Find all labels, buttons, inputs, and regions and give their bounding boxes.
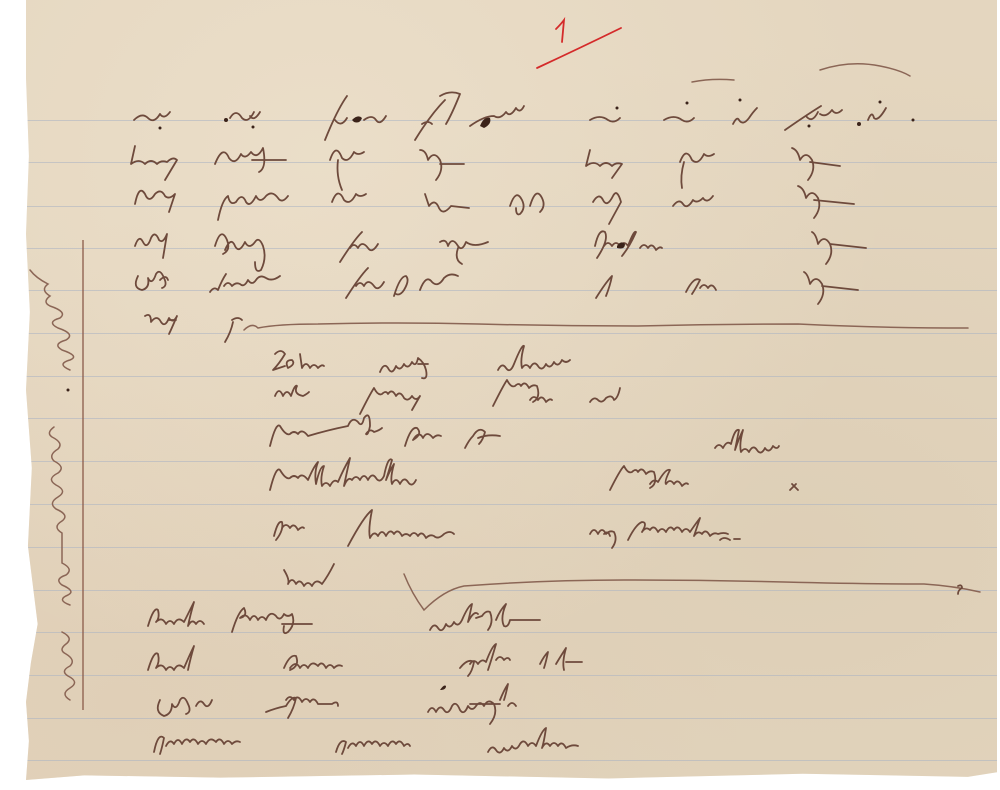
handwritten-line: [shorthand line 1] bbox=[0, 0, 1, 1]
page-number: 1 bbox=[0, 0, 1, 1]
ruled-line bbox=[26, 333, 997, 334]
ruled-line bbox=[26, 461, 997, 462]
margin-note: [illegible vertical shorthand annotation… bbox=[0, 0, 1, 1]
ruled-line bbox=[26, 206, 997, 207]
verse-block: [shorthand verse line 1] [shorthand vers… bbox=[0, 0, 1, 1]
ruled-line bbox=[26, 418, 997, 419]
ruled-line bbox=[26, 547, 997, 548]
ruled-line bbox=[26, 376, 997, 377]
ruled-line bbox=[26, 590, 997, 591]
ruled-line bbox=[26, 120, 997, 121]
margin-rule bbox=[82, 240, 84, 710]
top-table: [shorthand symbols row 1] [shorthand row… bbox=[0, 0, 1, 1]
handwritten-line: [shorthand verse line 1] bbox=[0, 0, 1, 1]
bottom-block: [shorthand line 1] [shorthand line 2] [s… bbox=[0, 0, 1, 1]
ruled-line bbox=[26, 162, 997, 163]
handwritten-line: [shorthand symbols row 1] bbox=[0, 0, 1, 1]
ruled-line bbox=[26, 760, 997, 761]
ruled-line bbox=[26, 290, 997, 291]
ruled-line bbox=[26, 632, 997, 633]
ruled-line bbox=[26, 718, 997, 719]
ruled-line bbox=[26, 248, 997, 249]
ruled-line bbox=[26, 675, 997, 676]
ruled-line bbox=[26, 504, 997, 505]
manuscript-paper bbox=[26, 0, 997, 780]
